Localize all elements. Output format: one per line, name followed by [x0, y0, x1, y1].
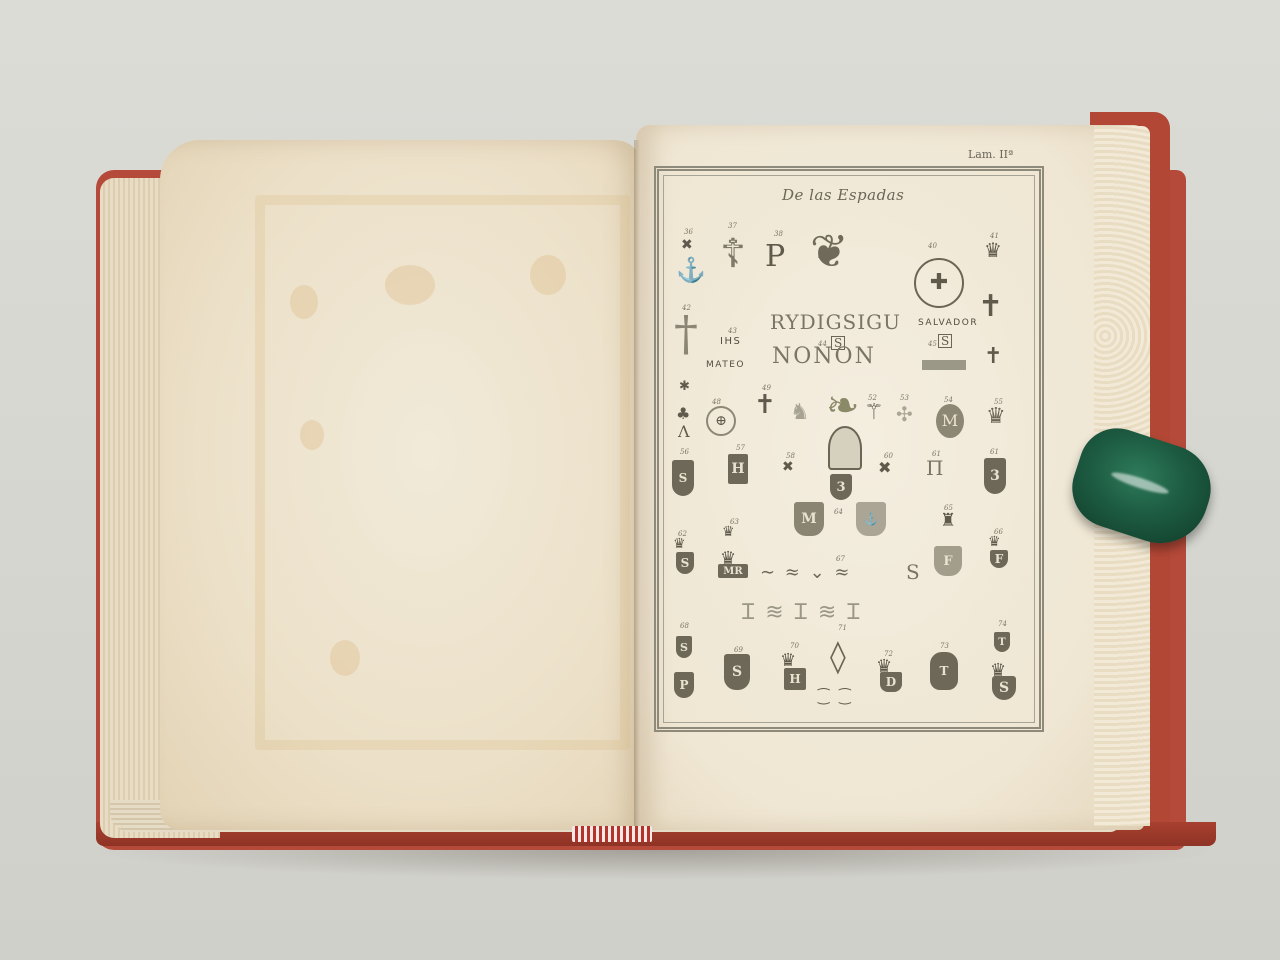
monogram-top: RYDIGSIGU	[770, 312, 901, 332]
circle-cross-mark: ✚	[914, 258, 964, 308]
crown-icon: ♛	[673, 536, 686, 552]
crown-d-mark: D	[880, 672, 902, 692]
oval-m-mark: M	[936, 404, 964, 438]
plate-number: Lam. IIª	[968, 148, 1013, 161]
mask-shield-mark: ♛	[986, 406, 1006, 428]
shield-s-mark: S	[672, 460, 694, 496]
patriarchal-cross-mark: ☦	[720, 234, 746, 274]
mark-number: 64	[834, 508, 843, 516]
shield-s-mark: S	[724, 654, 750, 690]
helmet-mark-icon	[828, 426, 862, 470]
f-shield-mark: F	[934, 546, 962, 576]
crown-3-shield-mark: 3	[984, 458, 1006, 494]
fleur-mark: ⚚	[864, 402, 884, 424]
s-mark: S	[906, 562, 920, 582]
mark-number: 38	[774, 230, 783, 238]
mark-number: 43	[728, 327, 737, 335]
crown-s-mark: S	[676, 552, 694, 574]
crown-s-shield-mark: S	[992, 676, 1016, 700]
mark-number: 73	[940, 642, 949, 650]
ot-mark: T	[994, 632, 1010, 652]
crown-f-mark: F	[990, 550, 1008, 568]
shield-m-mark: M	[794, 502, 824, 536]
mark-number: 56	[680, 448, 689, 456]
mark-number: 69	[734, 646, 743, 654]
crown-shield-mark: ♛	[984, 240, 1002, 260]
mr-mark: MR	[718, 564, 748, 578]
s-box-mark: S	[938, 334, 952, 348]
mark-number: 54	[944, 396, 953, 404]
sword-of-santiago-mark: †	[674, 310, 698, 358]
mateo-label: MATEO	[706, 360, 745, 370]
mark-number: 45	[928, 340, 937, 348]
bar-mark	[922, 360, 966, 370]
h-key-mark: H	[728, 454, 748, 484]
book-gutter	[634, 140, 640, 840]
trefoil-mark-icon: ♣	[676, 406, 690, 422]
ornate-t-mark: T	[930, 652, 958, 690]
crown-s-mark: S	[676, 636, 692, 658]
anchor-mark-icon: ⚓	[676, 258, 706, 282]
figure-mark-icon: ✱	[679, 380, 690, 393]
lambda-mark-icon: Λ	[678, 424, 690, 440]
ornate-cross-mark: ✝	[978, 292, 1003, 322]
crown-h-mark: H	[784, 668, 806, 690]
mark-number: 57	[736, 444, 745, 452]
ihs-label: IHS	[720, 336, 741, 347]
mark-number: 48	[712, 398, 721, 406]
mark-number: 40	[928, 242, 937, 250]
mark-number: 61	[990, 448, 999, 456]
foxing-stain	[530, 255, 566, 295]
foxing-stain	[300, 420, 324, 450]
cross-mark: ✖	[681, 238, 693, 252]
mark-number: 37	[728, 222, 737, 230]
faint-mark: ✣	[896, 404, 913, 424]
helmet-plume-mark-icon: ❦	[810, 228, 849, 274]
pi-mark: Π	[926, 458, 943, 478]
foxing-stain	[385, 265, 435, 305]
crown-icon: ♛	[722, 524, 735, 540]
mark-number: 36	[684, 228, 693, 236]
crown-icon: ♛	[988, 534, 1001, 550]
crowned-t-mark-icon: ♜	[940, 512, 956, 530]
foxing-stain	[330, 640, 360, 676]
cross-small-mark-icon: ✝	[984, 346, 1002, 368]
left-page-show-through	[255, 195, 630, 750]
mark-number: 68	[680, 622, 689, 630]
x-mark: ✖	[782, 460, 794, 474]
salvador-label: SALVADOR	[918, 318, 978, 328]
letter-p-mark: P	[765, 242, 785, 272]
circle-plus-mark: ⊕	[706, 406, 736, 436]
shield-anchor-mark: ⚓	[856, 502, 886, 536]
mark-number: 53	[900, 394, 909, 402]
feather-plume-mark-icon: ❧	[826, 386, 860, 426]
crown-p-mark: P	[674, 672, 694, 698]
foxing-stain	[290, 285, 318, 319]
mark-number: 74	[998, 620, 1007, 628]
faint-unicorn-mark-icon: ♞	[790, 402, 810, 424]
x-mark: ✖	[878, 460, 891, 476]
ornament-row: Ɪ ≋ Ɪ ≋ Ɪ	[742, 596, 862, 626]
plate-title: De las Espadas	[782, 186, 904, 204]
mark-number: 70	[790, 642, 799, 650]
dotted-arcs-icon: ⁐⁐	[818, 690, 861, 704]
dragon-ornament-row: ∼ ≈ ⌄ ≈	[760, 562, 852, 583]
headband	[572, 826, 652, 842]
monogram-bottom: NONON	[772, 346, 876, 368]
crown-3-mark: 3	[830, 474, 852, 500]
dotted-almond-mark: ◊	[830, 640, 846, 672]
cross-with-drapes-mark: ✝	[754, 392, 776, 418]
mark-number: 71	[838, 624, 847, 632]
